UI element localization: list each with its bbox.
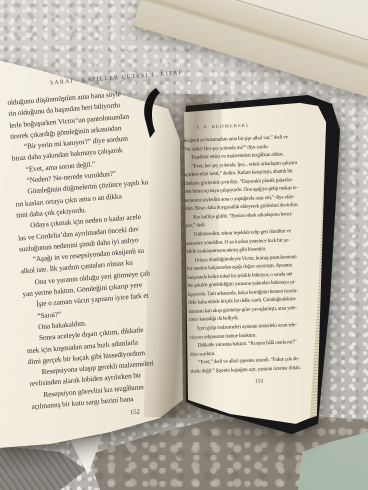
left-page-number: 152: [130, 403, 209, 416]
right-page-text: J. A. REDMERSKI oksijenli su bulamadım a…: [182, 121, 334, 387]
right-page-lines: oksijenli su bulamadım ama bir şişe alko…: [182, 132, 333, 376]
left-page-lines: olduğunu düşünmüştüm ama bana söylerin o…: [7, 83, 208, 412]
left-page-text: SARAI - KATİLLER ÇETESİ 1. KİTAP olduğun…: [6, 70, 209, 424]
photo-scene: yınları SARAI - KATİLLER ÇETESİ 1. KİTAP…: [0, 0, 368, 490]
bookmark-ribbon: [138, 86, 172, 144]
open-book: SARAI - KATİLLER ÇETESİ 1. KİTAP olduğun…: [0, 0, 368, 490]
